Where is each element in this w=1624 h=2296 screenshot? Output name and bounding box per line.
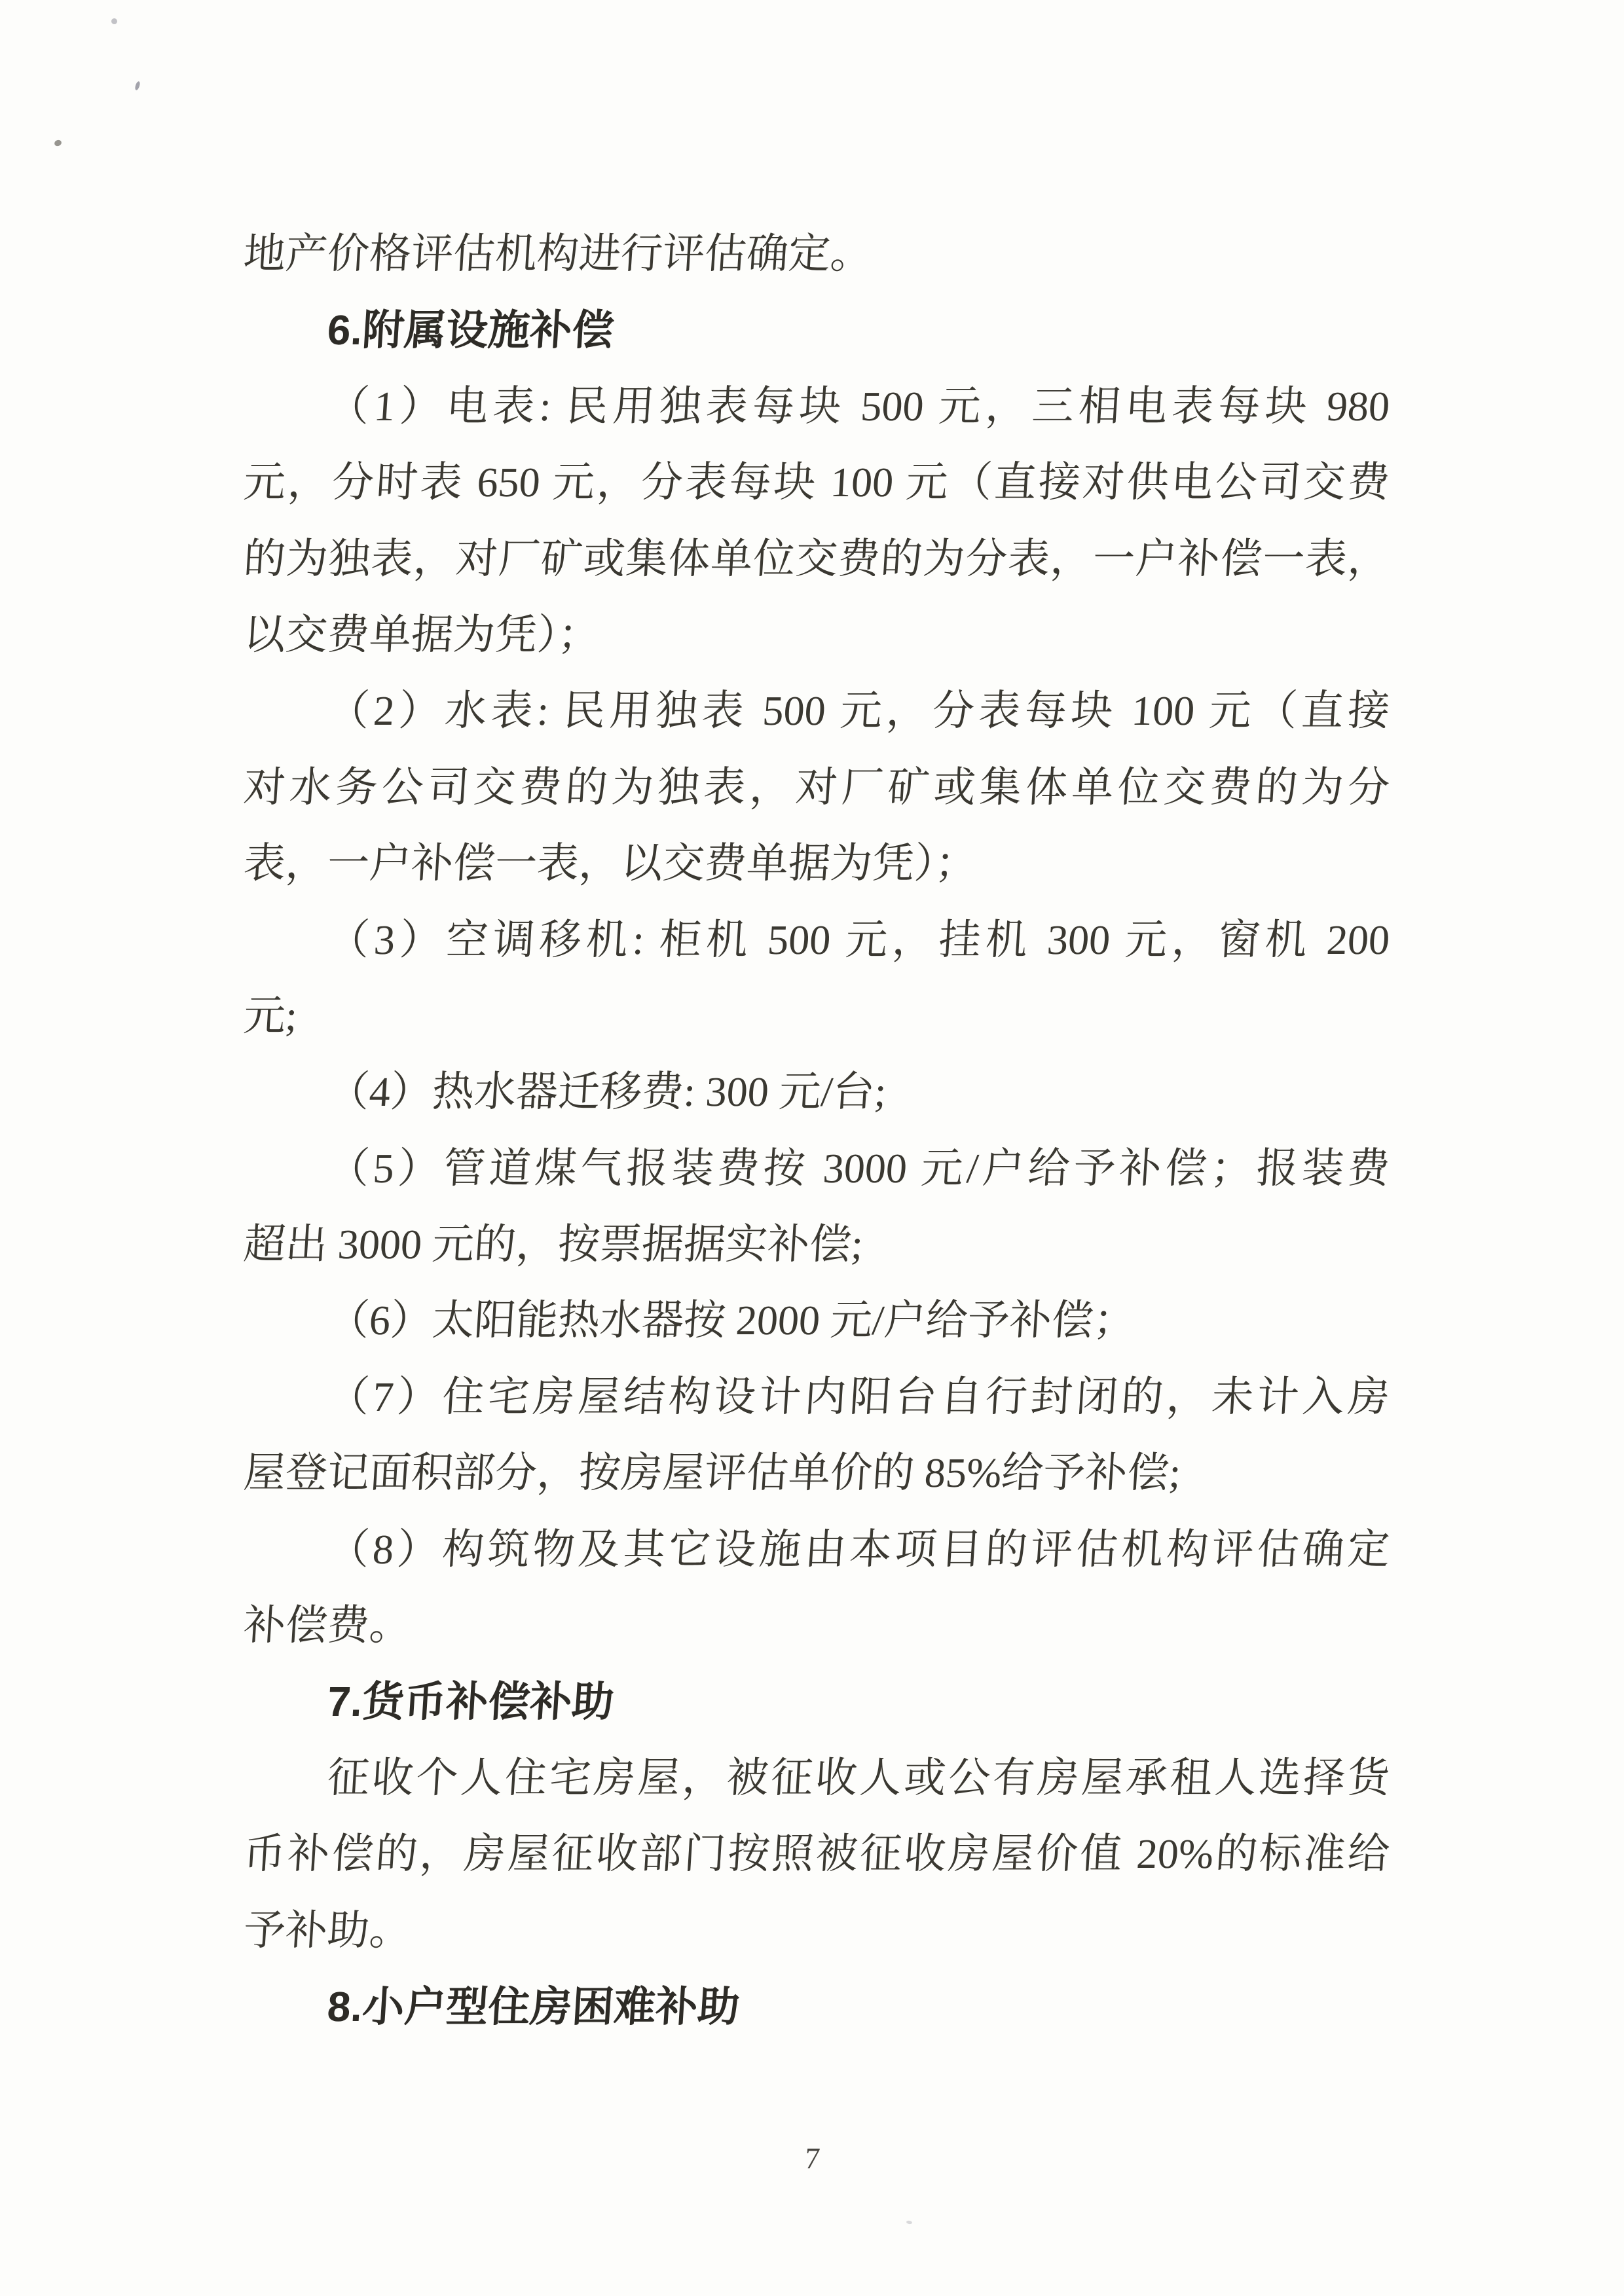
text-line: 对水务公司交费的为独表，对厂矿或集体单位交费的为分 [241,750,1392,826]
text-line: 予补助。 [241,1893,1392,1969]
text-line: （1）电表: 民用独表每块 500 元，三相电表每块 980 [241,369,1392,445]
scan-speck [54,139,62,147]
text-line: 以交费单据为凭）； [241,597,1392,673]
text-line: （2）水表: 民用独表 500 元，分表每块 100 元（直接 [241,673,1392,749]
document-page: 地产价格评估机构进行评估确定。6.附属设施补偿（1）电表: 民用独表每块 500… [0,0,1624,2296]
section-heading: 7.货币补偿补助 [241,1664,1392,1740]
text-line: 元; [241,978,1392,1054]
scan-speck [110,17,119,26]
section-heading: 8.小户型住房困难补助 [241,1969,1392,2045]
page-footer: 7 [0,2136,1624,2181]
document-body: 地产价格评估机构进行评估确定。6.附属设施补偿（1）电表: 民用独表每块 500… [244,216,1390,2045]
text-line: 补偿费。 [241,1588,1392,1664]
text-line: （6）太阳能热水器按 2000 元/户给予补偿； [241,1283,1392,1358]
text-line: 屋登记面积部分，按房屋评估单价的 85%给予补偿; [241,1435,1392,1511]
scan-speck [906,2220,913,2224]
text-line: （3）空调移机: 柜机 500 元，挂机 300 元，窗机 200 [241,902,1392,978]
text-line: 的为独表，对厂矿或集体单位交费的为分表，一户补偿一表， [241,521,1392,597]
text-line: 表，一户补偿一表，以交费单据为凭）； [241,826,1392,902]
text-line: 元，分时表 650 元，分表每块 100 元（直接对供电公司交费 [241,445,1392,520]
text-line: 币补偿的，房屋征收部门按照被征收房屋价值 20%的标准给 [241,1816,1392,1892]
text-line: 地产价格评估机构进行评估确定。 [241,216,1392,292]
text-line: 超出 3000 元的，按票据据实补偿; [241,1207,1392,1283]
text-line: 征收个人住宅房屋，被征收人或公有房屋承租人选择货 [241,1740,1392,1816]
section-heading: 6.附属设施补偿 [241,292,1392,368]
text-line: （8）构筑物及其它设施由本项目的评估机构评估确定 [241,1512,1392,1588]
text-line: （4）热水器迁移费: 300 元/台; [241,1054,1392,1130]
scan-speck [134,81,141,90]
page-number: 7 [803,2136,821,2181]
text-line: （7）住宅房屋结构设计内阳台自行封闭的，未计入房 [241,1359,1392,1435]
text-line: （5）管道煤气报装费按 3000 元/户给予补偿；报装费 [241,1131,1392,1207]
